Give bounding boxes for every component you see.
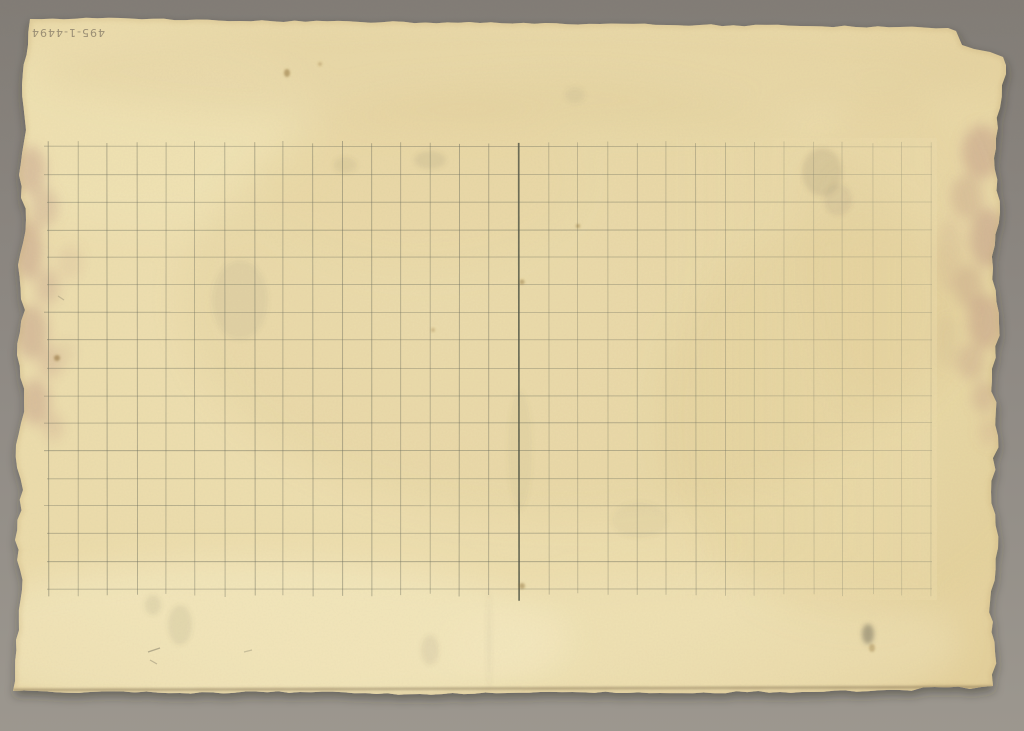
paper-grain [0, 0, 1024, 731]
accession-inscription: 495-1-4494 [31, 26, 105, 39]
paper-surface: 495-1-4494 [0, 0, 1024, 731]
artifact-photo: 495-1-4494 [0, 0, 1024, 731]
scene-svg: 495-1-4494 [0, 0, 1024, 731]
